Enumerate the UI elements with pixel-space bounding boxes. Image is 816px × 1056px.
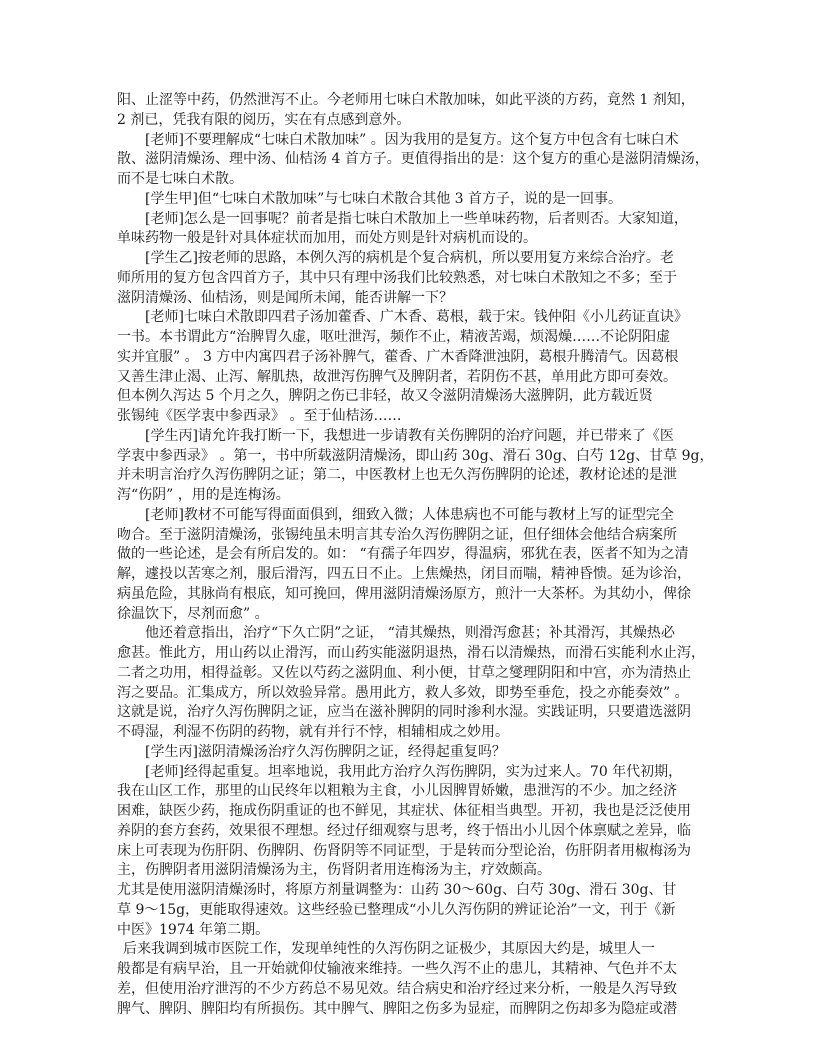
text-line: 徐温饮下，尽剂而愈” 。 [117, 605, 707, 625]
text-line: [老师]不要理解成“七味白术散加味” 。因为我用的是复方。这个复方中包含有七味白… [117, 131, 707, 151]
text-line: 这就是说，治疗久泻伤脾阴之证，应当在滋补脾阴的同时渗利水湿。实践证明，只要遣选滋… [117, 703, 707, 723]
text-line: 床上可表现为伤肝阴、伤脾阴、伤肾阴等不同证型，于是转而分型论治，伤肝阴者用椒梅汤… [117, 842, 707, 862]
text-line: [学生甲]但“七味白术散加味”与七味白术散合其他 3 首方子，说的是一回事。 [117, 190, 707, 210]
text-line: 单味药物一般是针对具体症状而加用，而处方则是针对病机而设的。 [117, 229, 707, 249]
text-line: 解，遽投以苦寒之剂，服后滑泻，四五日不止。上焦燥热，闭目而喘，精神昏愦。延为诊治… [117, 565, 707, 585]
text-line: 滋阴清燥汤、仙桔汤，则是闻所未闻，能否讲解一下？ [117, 289, 707, 309]
text-line: [学生乙]按老师的思路，本例久泻的病机是个复合病机，所以要用复方来综合治疗。老 [117, 249, 707, 269]
text-line: [老师]教材不可能写得面面俱到，细致入微；人体患病也不可能与教材上写的证型完全 [117, 506, 707, 526]
text-line: 吻合。至于滋阴清燥汤，张锡纯虽未明言其专治久泻伤脾阴之证，但仔细体会他结合病案所 [117, 526, 707, 546]
text-line: 但本例久泻达 5 个月之久，脾阴之伤已非轻，故又令滋阴清燥汤大滋脾阴，此方载近贤 [117, 387, 707, 407]
text-line: 我在山区工作，那里的山民终年以粗粮为主食，小儿因脾胃娇嫩，患泄泻的不少。加之经济 [117, 782, 707, 802]
text-line: 不碍湿，利湿不伤阴的药物，就有并行不悖，相辅相成之妙用。 [117, 723, 707, 743]
text-line: 般都是有病早治，且一开始就仰仗输液来维持。一些久泻不止的患儿，其精神、气色并不太 [117, 960, 707, 980]
text-line: [学生丙]请允许我打断一下，我想进一步请教有关伤脾阴的治疗问题，并已带来了《医 [117, 427, 707, 447]
text-line: 病虽危险，其脉尚有根底，知可挽回，俾用滋阴清燥汤原方，煎汁一大茶杯。为其幼小，俾… [117, 585, 707, 605]
text-line: 二者之功用，相得益彰。又佐以芍药之滋阴血、利小便，甘草之燮理阴阳和中宫，亦为清热… [117, 664, 707, 684]
text-line: 做的一些论述，是会有所启发的。如： “有孺子年四岁，得温病，邪犹在表，医者不知为… [117, 545, 707, 565]
text-line: 散、滋阴清燥汤、理中汤、仙桔汤 4 首方子。更值得指出的是：这个复方的重心是滋阴… [117, 150, 707, 170]
text-line: 泻之要品。汇集成方，所以效验异常。愚用此方，救人多效，即势至垂危，投之亦能奏效”… [117, 684, 707, 704]
text-line: 张锡纯《医学衷中参西录》 。至于仙桔汤…… [117, 407, 707, 427]
text-line: 差，但使用治疗泄泻的不少方药总不易见效。结合病史和治疗经过来分析，一般是久泻导致 [117, 980, 707, 1000]
text-line: 困难，缺医少药，拖成伤阴重证的也不鲜见，其症状、体征相当典型。开初，我也是泛泛使… [117, 802, 707, 822]
text-line: [老师]经得起重复。坦率地说，我用此方治疗久泻伤脾阴，实为过来人。70 年代初期… [117, 763, 707, 783]
text-line: 实并宜服” 。 3 方中内寓四君子汤补脾气，藿香、广木香降泄浊阴，葛根升腾清气。… [117, 348, 707, 368]
text-line: 草 9～15g，更能取得速效。这些经验已整理成“小儿久泻伤阴的辨证论治”一文，刊… [117, 901, 707, 921]
text-line: 愈甚。惟此方，用山药以止滑泻，而山药实能滋阴退热，滑石以清燥热，而滑石实能利水止… [117, 644, 707, 664]
text-line: 泻“伤阴” ，用的是连梅汤。 [117, 486, 707, 506]
document-page: 阳、止涩等中药，仍然泄泻不止。今老师用七味白术散加味，如此平淡的方药，竟然 1 … [117, 91, 707, 1019]
text-line: 一书。本书谓此方“治脾胃久虚，呕吐泄泻，频作不止，精液苦竭，烦渴燥……不论阴阳虚 [117, 328, 707, 348]
text-line: [老师]七味白术散即四君子汤加藿香、广木香、葛根，载于宋。钱仲阳《小儿药证直诀》 [117, 308, 707, 328]
text-line: 尤其是使用滋阴清燥汤时，将原方剂量调整为：山药 30～60g、白芍 30g、滑石… [117, 881, 707, 901]
text-line: 学衷中参西录》 。第一，书中所载滋阴清燥汤，即山药 30g、滑石 30g、白芍 … [117, 447, 707, 467]
text-line: [学生丙]滋阴清燥汤治疗久泻伤脾阴之证，经得起重复吗？ [117, 743, 707, 763]
text-line: 2 剂已，凭我有限的阅历，实在有点感到意外。 [117, 111, 707, 131]
text-line: 又善生津止渴、止泻、解肌热，故泄泻伤脾气及脾阴者，若阴伤不甚，单用此方即可奏效。 [117, 368, 707, 388]
text-line: 而不是七味白术散。 [117, 170, 707, 190]
text-line: 他还着意指出，治疗“下久亡阴”之证， “清其燥热，则滑泻愈甚；补其滑泻，其燥热必 [117, 624, 707, 644]
text-line: 阳、止涩等中药，仍然泄泻不止。今老师用七味白术散加味，如此平淡的方药，竟然 1 … [117, 91, 707, 111]
text-line: 后来我调到城市医院工作，发现单纯性的久泻伤阴之证极少，其原因大约是，城里人一 [117, 940, 707, 960]
text-line: 养阴的套方套药，效果很不理想。经过仔细观察与思考，终于悟出小儿因个体禀赋之差异，… [117, 822, 707, 842]
text-line: [老师]怎么是一回事呢？前者是指七味白术散加上一些单味药物，后者则否。大家知道， [117, 210, 707, 230]
text-line: 并未明言治疗久泻伤脾阴之证；第二，中医教材上也无久泻伤脾阴的论述，教材论述的是泄 [117, 466, 707, 486]
text-line: 师所用的复方包含四首方子，其中只有理中汤我们比较熟悉，对七味白术散知之不多；至于 [117, 269, 707, 289]
text-line: 主，伤脾阴者用滋阴清燥汤为主，伤肾阴者用连梅汤为主，疗效颇高。 [117, 861, 707, 881]
text-line: 中医》1974 年第二期。 [117, 921, 707, 941]
text-line: 脾气、脾阴、脾阳均有所损伤。其中脾气、脾阳之伤多为显症，而脾阴之伤却多为隐症或潜 [117, 1000, 707, 1020]
